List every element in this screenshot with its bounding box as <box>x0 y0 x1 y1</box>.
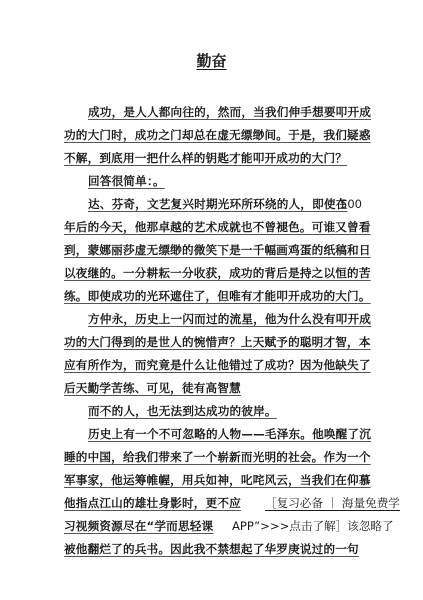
text-line-content: 达、芬奇，文艺复兴时期光环所环绕的人，即使在 <box>88 197 347 211</box>
text-line-content: 成功，是人人都向往的，然而，当我们伸手想要叩开成 <box>88 105 371 119</box>
text-line: 睡的中国，给我们带来了一个崭新而光明的社会。作为一个 <box>64 450 371 464</box>
text-line-content: 而不的人，也无法到达成功的彼岸。 <box>88 404 277 418</box>
ad-link-app[interactable]: APP”>>>点击了解］该忽略了 <box>232 519 394 533</box>
text-line-content: 回答很简单：。 <box>88 174 165 188</box>
text-line: 军事家，他运筹帷幄，用兵如神，叱咤风云，当我们在仰慕 <box>64 473 371 487</box>
text-line: 回答很简单：。 <box>88 174 165 188</box>
year-number: 500 <box>340 197 362 211</box>
ad-text-2[interactable]: APP”>>>点击了解］该忽略了 <box>232 519 394 533</box>
text-line: 年后的今天，他那卓越的艺术成就也不曾褪色。可谁又曾看 <box>64 220 371 234</box>
text-line: 功的大门时，成功之门却总在虚无缥缈间。于是，我们疑惑 <box>64 128 371 142</box>
text-line-content: 年后的今天，他那卓越的艺术成就也不曾褪色。可谁又曾看 <box>64 220 371 234</box>
text-line-content: 习视频资源尽在“学而思轻课 <box>64 519 213 533</box>
text-line: 习视频资源尽在“学而思轻课 <box>64 519 213 533</box>
text-line-content: 不解，到底用一把什么样的钥匙才能叩开成功的大门？ <box>64 151 347 165</box>
text-line: 练。即使成功的光环遮住了，但唯有才能叩开成功的大门。 <box>64 289 371 303</box>
text-line: 历史上有一个不可忽略的人物——毛泽东。他唤醒了沉 <box>88 427 371 441</box>
text-line: 他指点江山的雄壮身影时，更不应 <box>64 496 241 510</box>
text-line-content: 应有所作为，而究竟是什么让他错过了成功？因为他缺失了 <box>64 358 371 372</box>
text-line: 应有所作为，而究竟是什么让他错过了成功？因为他缺失了 <box>64 358 371 372</box>
text-line: 不解，到底用一把什么样的钥匙才能叩开成功的大门？ <box>64 151 347 165</box>
text-line-content: 军事家，他运筹帷幄，用兵如神，叱咤风云，当我们在仰慕 <box>64 473 371 487</box>
text-line: 被他翻烂了的兵书。因此我不禁想起了华罗庚说过的一句 <box>64 542 359 556</box>
ad-text-1[interactable]: ［复习必备 ｜ 海量免费学 <box>265 496 400 510</box>
text-line-content: 方仲永，历史上一闪而过的流星，他为什么没有叩开成 <box>88 312 371 326</box>
text-line-content: 功的大门得到的是世人的惋惜声？上天赋予的聪明才智，本 <box>64 335 371 349</box>
text-line-content: 睡的中国，给我们带来了一个崭新而光明的社会。作为一个 <box>64 450 371 464</box>
text-line-content: 功的大门时，成功之门却总在虚无缥缈间。于是，我们疑惑 <box>64 128 371 142</box>
text-line: 到，蒙娜丽莎虚无缥缈的微笑下是一千幅画鸡蛋的纸稿和日 <box>64 243 371 257</box>
text-line-content: 他指点江山的雄壮身影时，更不应 <box>64 496 241 510</box>
text-line: 后天勤学苦练、可见，徒有高智慧 <box>64 381 241 395</box>
document-page: 勤奋 成功，是人人都向往的，然而，当我们伸手想要叩开成功的大门时，成功之门却总在… <box>0 0 423 600</box>
text-line: 达、芬奇，文艺复兴时期光环所环绕的人，即使在 <box>88 197 347 211</box>
title-text: 勤奋 <box>196 52 226 70</box>
text-line-content: 以夜继的。一分耕耘一分收获，成功的背后是持之以恒的苦 <box>64 266 371 280</box>
document-title: 勤奋 <box>0 50 423 71</box>
text-line-content: 历史上有一个不可忽略的人物——毛泽东。他唤醒了沉 <box>88 427 371 441</box>
text-line: 成功，是人人都向往的，然而，当我们伸手想要叩开成 <box>88 105 371 119</box>
text-line: 以夜继的。一分耕耘一分收获，成功的背后是持之以恒的苦 <box>64 266 371 280</box>
text-line-content: 被他翻烂了的兵书。因此我不禁想起了华罗庚说过的一句 <box>64 542 359 556</box>
text-line-content: 后天勤学苦练、可见，徒有高智慧 <box>64 381 241 395</box>
text-line: 方仲永，历史上一闪而过的流星，他为什么没有叩开成 <box>88 312 371 326</box>
text-line: 而不的人，也无法到达成功的彼岸。 <box>88 404 277 418</box>
text-line: 功的大门得到的是世人的惋惜声？上天赋予的聪明才智，本 <box>64 335 371 349</box>
ad-link-review[interactable]: ［复习必备 ｜ 海量免费学 <box>265 496 400 510</box>
text-line-content: 到，蒙娜丽莎虚无缥缈的微笑下是一千幅画鸡蛋的纸稿和日 <box>64 243 371 257</box>
text-line-content: 练。即使成功的光环遮住了，但唯有才能叩开成功的大门。 <box>64 289 371 303</box>
